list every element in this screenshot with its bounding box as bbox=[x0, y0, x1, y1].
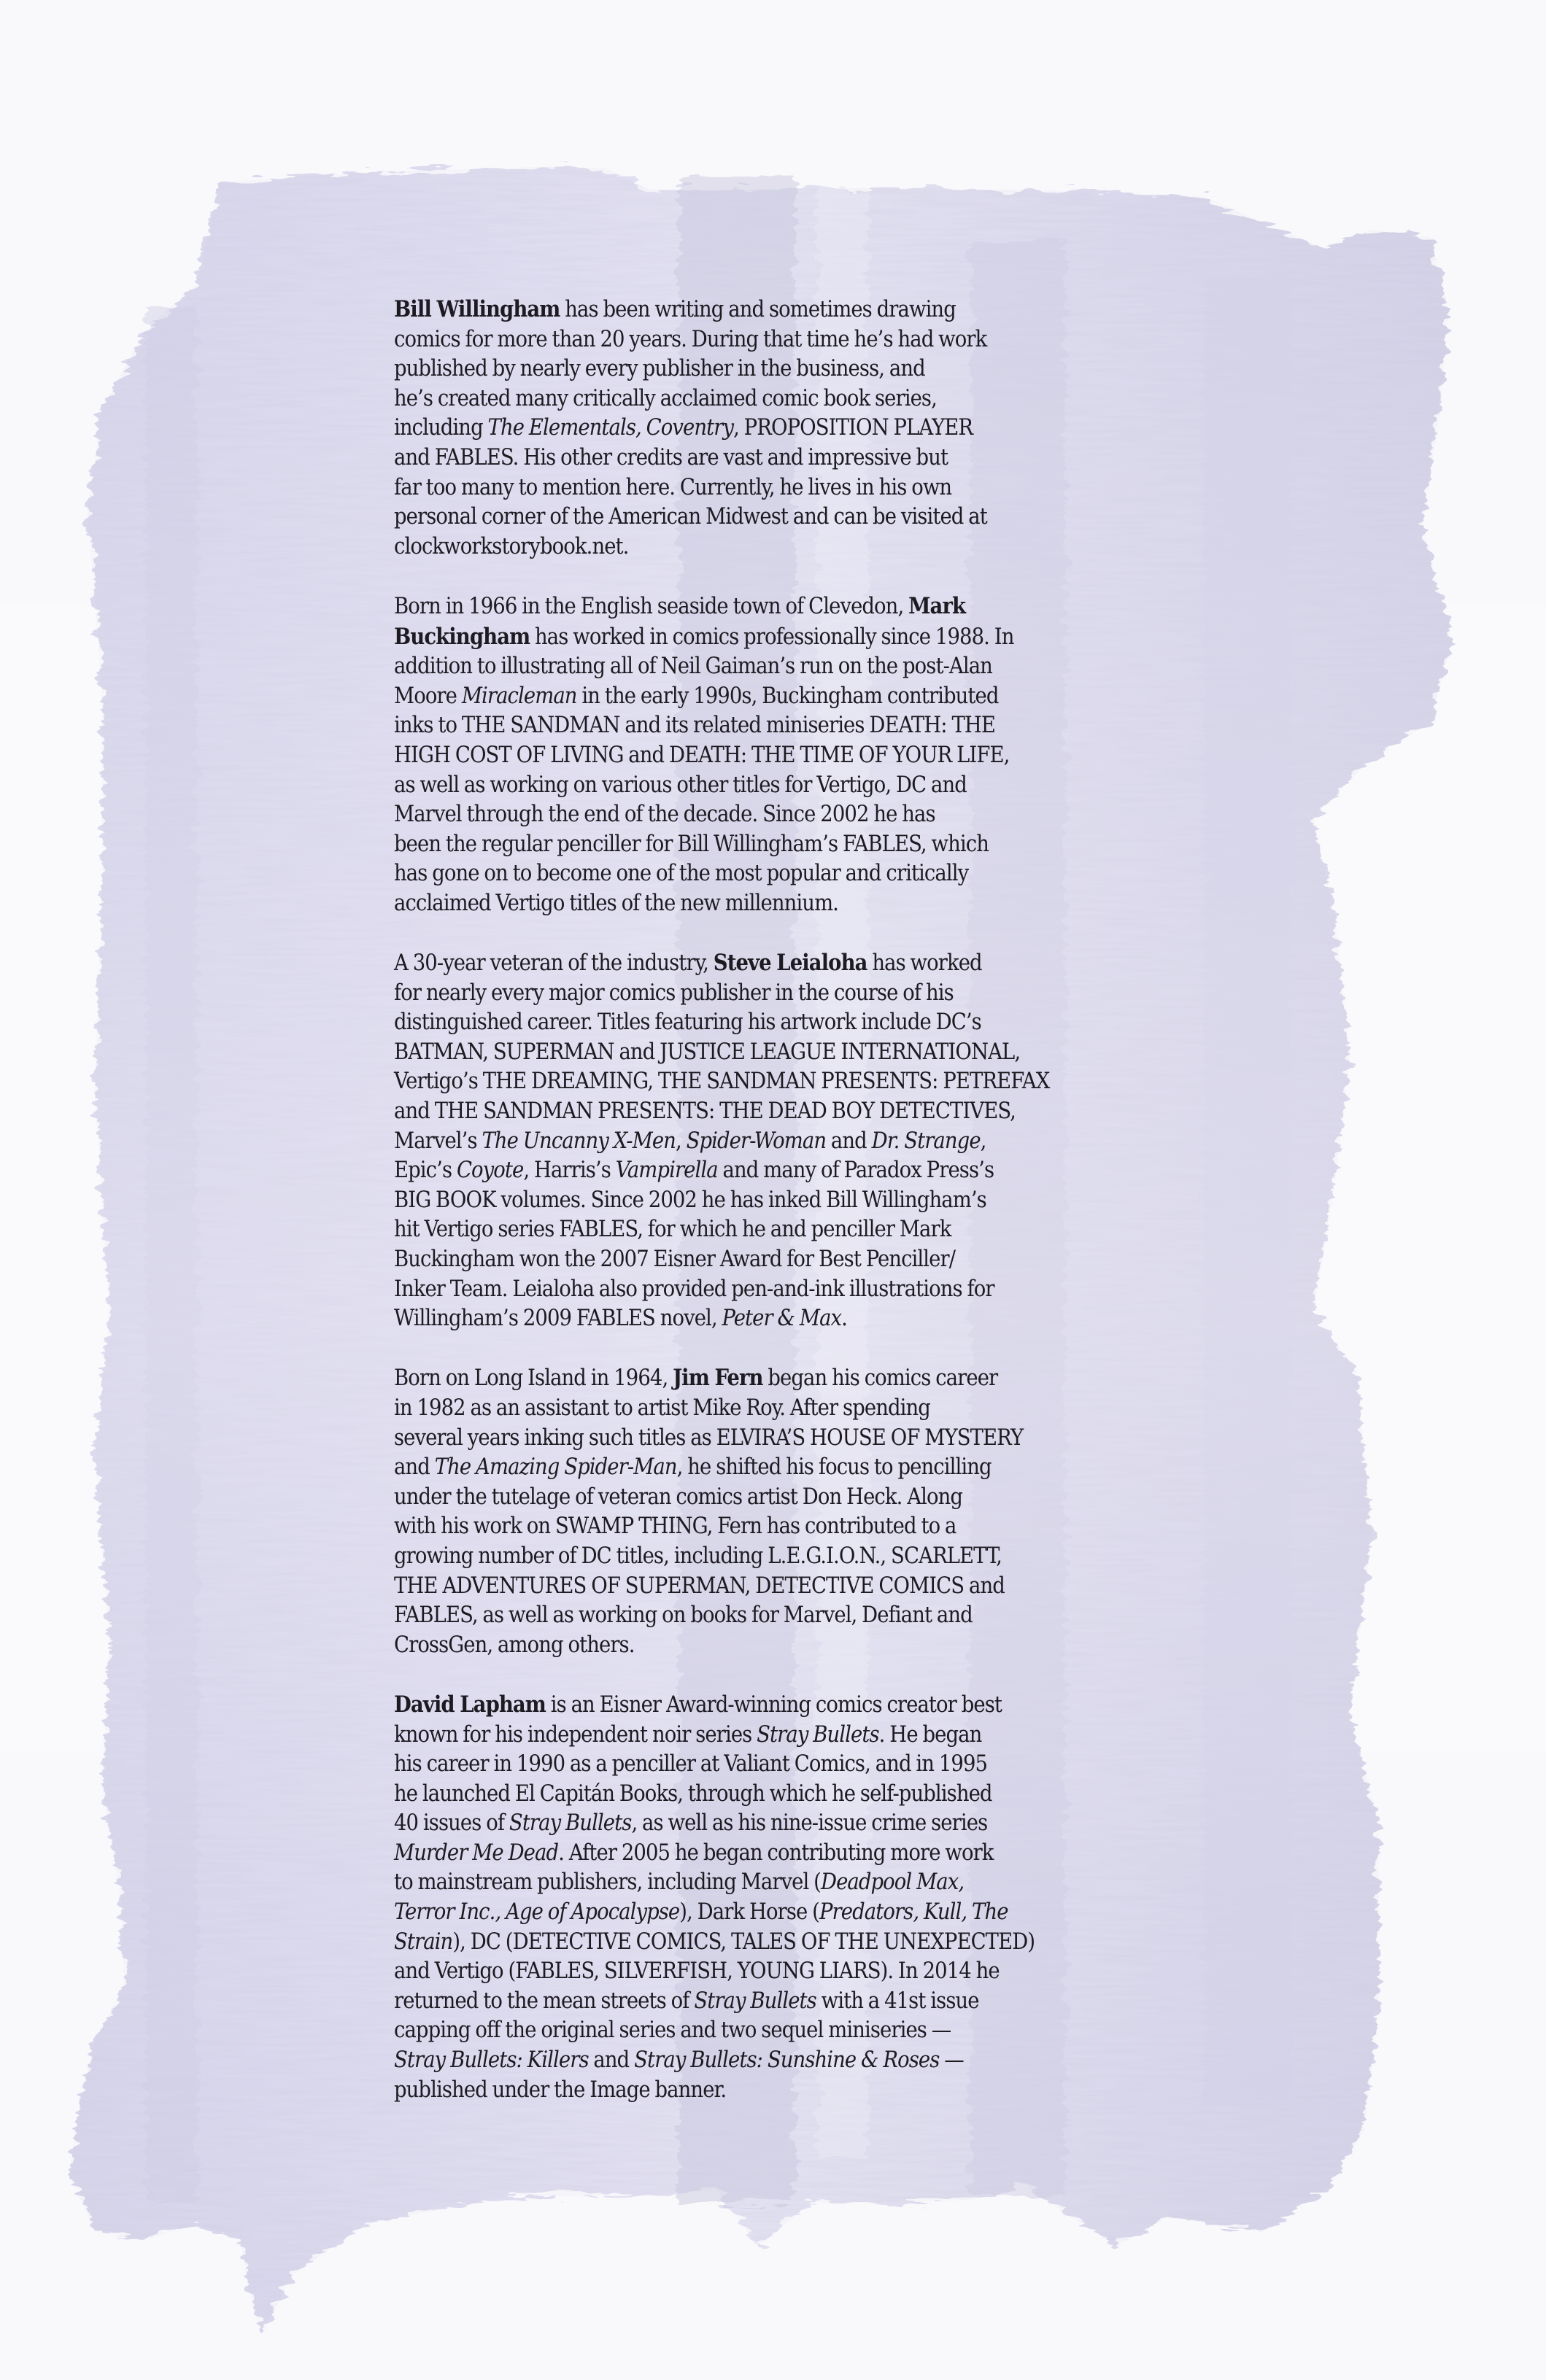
text-run: as well as working on various other titl… bbox=[394, 772, 967, 798]
bio-line: Moore Miracleman in the early 1990s, Buc… bbox=[394, 682, 1175, 712]
title-italic: Terror Inc., Age of Apocalypse bbox=[394, 1899, 679, 1925]
title-italic: The Amazing Spider-Man bbox=[435, 1454, 677, 1480]
bio-line: known for his independent noir series St… bbox=[394, 1721, 1175, 1751]
title-italic: Dr. Strange bbox=[872, 1128, 981, 1154]
text-run: THE ADVENTURES OF SUPERMAN, DETECTIVE CO… bbox=[394, 1573, 1005, 1599]
text-run: and Vertigo (FABLES, SILVERFISH, YOUNG L… bbox=[394, 1958, 1000, 1984]
text-run: distinguished career. Titles featuring h… bbox=[394, 1009, 981, 1035]
text-run: . After 2005 he began contributing more … bbox=[558, 1840, 993, 1866]
text-run: and bbox=[826, 1128, 872, 1154]
bio-line: Buckingham has worked in comics professi… bbox=[394, 622, 1175, 653]
text-run: , Harris’s bbox=[523, 1158, 615, 1183]
text-run: Epic’s bbox=[394, 1158, 457, 1183]
text-run: ), DC (DETECTIVE COMICS, TALES OF THE UN… bbox=[452, 1929, 1035, 1955]
text-run: . He began bbox=[879, 1722, 982, 1748]
bio-line: and THE SANDMAN PRESENTS: THE DEAD BOY D… bbox=[394, 1097, 1175, 1127]
bio-line: to mainstream publishers, including Marv… bbox=[394, 1868, 1175, 1898]
bio-line: HIGH COST OF LIVING and DEATH: THE TIME … bbox=[394, 741, 1175, 771]
bio-line: returned to the mean streets of Stray Bu… bbox=[394, 1987, 1175, 2017]
text-run: has gone on to become one of the most po… bbox=[394, 861, 968, 886]
text-run: and bbox=[589, 2047, 635, 2073]
bio-line: Strain), DC (DETECTIVE COMICS, TALES OF … bbox=[394, 1928, 1175, 1958]
text-run: Willingham’s 2009 FABLES novel, bbox=[394, 1306, 722, 1331]
bio-line: Stray Bullets: Killers and Stray Bullets… bbox=[394, 2046, 1175, 2076]
text-run: Born on Long Island in 1964, bbox=[394, 1365, 673, 1391]
text-run: Moore bbox=[394, 683, 462, 709]
bio-line: Marvel through the end of the decade. Si… bbox=[394, 800, 1175, 830]
bio-mark-buckingham: Born in 1966 in the English seaside town… bbox=[394, 592, 1175, 919]
bio-line: Born in 1966 in the English seaside town… bbox=[394, 592, 1175, 622]
text-run: his career in 1990 as a penciller at Val… bbox=[394, 1751, 987, 1777]
text-run: to mainstream publishers, including Marv… bbox=[394, 1869, 821, 1895]
text-run: — bbox=[939, 2047, 963, 2073]
creator-name: Jim Fern bbox=[673, 1365, 762, 1391]
title-italic: Deadpool Max, bbox=[821, 1869, 964, 1895]
bio-line: and The Amazing Spider-Man, he shifted h… bbox=[394, 1453, 1175, 1483]
bio-line: and Vertigo (FABLES, SILVERFISH, YOUNG L… bbox=[394, 1957, 1175, 1987]
text-run: far too many to mention here. Currently,… bbox=[394, 475, 951, 500]
bio-line: Willingham’s 2009 FABLES novel, Peter & … bbox=[394, 1304, 1175, 1334]
title-italic: Vampirella bbox=[616, 1158, 718, 1183]
text-run: BIG BOOK volumes. Since 2002 he has inke… bbox=[394, 1187, 986, 1213]
text-run: Marvel’s bbox=[394, 1128, 482, 1154]
creator-name: Buckingham bbox=[394, 624, 530, 650]
text-run: under the tutelage of veteran comics art… bbox=[394, 1484, 962, 1510]
bio-line: his career in 1990 as a penciller at Val… bbox=[394, 1750, 1175, 1780]
text-run: with a 41st issue bbox=[816, 1988, 979, 2014]
bio-line: in 1982 as an assistant to artist Mike R… bbox=[394, 1394, 1175, 1424]
title-italic: Spider-Woman bbox=[687, 1128, 827, 1154]
bio-line: he’s created many critically acclaimed c… bbox=[394, 384, 1175, 414]
text-run: has worked bbox=[867, 950, 982, 976]
bio-line: Terror Inc., Age of Apocalypse), Dark Ho… bbox=[394, 1898, 1175, 1928]
text-run: HIGH COST OF LIVING and DEATH: THE TIME … bbox=[394, 743, 1009, 768]
bio-line: comics for more than 20 years. During th… bbox=[394, 325, 1175, 355]
bio-line: has gone on to become one of the most po… bbox=[394, 859, 1175, 889]
bio-line: Buckingham won the 2007 Eisner Award for… bbox=[394, 1245, 1175, 1275]
title-italic: Peter & Max bbox=[722, 1306, 842, 1331]
bio-line: far too many to mention here. Currently,… bbox=[394, 473, 1175, 503]
bio-line: BIG BOOK volumes. Since 2002 he has inke… bbox=[394, 1186, 1175, 1216]
bio-line: for nearly every major comics publisher … bbox=[394, 979, 1175, 1009]
text-run: 40 issues of bbox=[394, 1810, 509, 1836]
text-run: has been writing and sometimes drawing bbox=[560, 297, 955, 322]
bio-line: several years inking such titles as ELVI… bbox=[394, 1424, 1175, 1454]
creator-name: Mark bbox=[908, 593, 965, 619]
bio-line: published under the Image banner. bbox=[394, 2076, 1175, 2106]
text-run: CrossGen, among others. bbox=[394, 1632, 635, 1658]
creator-name: Bill Willingham bbox=[394, 296, 560, 322]
text-run: Marvel through the end of the decade. Si… bbox=[394, 802, 935, 827]
title-italic: Stray Bullets: Killers bbox=[394, 2047, 589, 2073]
text-run: , bbox=[981, 1128, 986, 1154]
text-run: Buckingham won the 2007 Eisner Award for… bbox=[394, 1247, 955, 1272]
text-run: growing number of DC titles, including L… bbox=[394, 1543, 1002, 1569]
text-run: he launched El Capitán Books, through wh… bbox=[394, 1781, 992, 1807]
bio-line: Inker Team. Leialoha also provided pen-a… bbox=[394, 1275, 1175, 1305]
text-run: with his work on SWAMP THING, Fern has c… bbox=[394, 1513, 956, 1539]
text-run: is an Eisner Award-winning comics creato… bbox=[546, 1692, 1002, 1718]
text-run: and FABLES. His other credits are vast a… bbox=[394, 445, 948, 470]
text-run: hit Vertigo series FABLES, for which he … bbox=[394, 1217, 951, 1242]
text-run: returned to the mean streets of bbox=[394, 1988, 694, 2014]
text-run: addition to illustrating all of Neil Gai… bbox=[394, 654, 992, 679]
bio-david-lapham: David Lapham is an Eisner Award-winning … bbox=[394, 1690, 1175, 2105]
text-run: clockworkstorybook.net. bbox=[394, 534, 629, 559]
text-run: several years inking such titles as ELVI… bbox=[394, 1425, 1023, 1451]
text-run: BATMAN, SUPERMAN and JUSTICE LEAGUE INTE… bbox=[394, 1039, 1020, 1065]
text-run: Born in 1966 in the English seaside town… bbox=[394, 594, 908, 619]
bio-line: Murder Me Dead. After 2005 he began cont… bbox=[394, 1839, 1175, 1869]
text-run: , bbox=[676, 1128, 687, 1154]
bio-line: he launched El Capitán Books, through wh… bbox=[394, 1780, 1175, 1810]
bio-line: with his work on SWAMP THING, Fern has c… bbox=[394, 1512, 1175, 1542]
text-run: has worked in comics professionally sinc… bbox=[530, 624, 1013, 650]
bio-line: published by nearly every publisher in t… bbox=[394, 354, 1175, 384]
text-run: Inker Team. Leialoha also provided pen-a… bbox=[394, 1276, 994, 1302]
bio-line: growing number of DC titles, including L… bbox=[394, 1542, 1175, 1572]
text-run: in the early 1990s, Buckingham contribut… bbox=[577, 683, 999, 709]
text-run: Vertigo’s THE DREAMING, THE SANDMAN PRES… bbox=[394, 1069, 1049, 1094]
bio-line: Vertigo’s THE DREAMING, THE SANDMAN PRES… bbox=[394, 1067, 1175, 1097]
title-italic: Strain bbox=[394, 1929, 452, 1955]
text-run: for nearly every major comics publisher … bbox=[394, 980, 954, 1006]
text-run: and many of Paradox Press’s bbox=[718, 1158, 994, 1183]
text-run: . bbox=[841, 1306, 847, 1331]
text-run: in 1982 as an assistant to artist Mike R… bbox=[394, 1395, 930, 1421]
title-italic: Murder Me Dead bbox=[394, 1840, 558, 1866]
bio-line: Epic’s Coyote, Harris’s Vampirella and m… bbox=[394, 1156, 1175, 1186]
text-run: , PROPOSITION PLAYER bbox=[733, 415, 973, 441]
bio-line: inks to THE SANDMAN and its related mini… bbox=[394, 711, 1175, 741]
bio-line: personal corner of the American Midwest … bbox=[394, 503, 1175, 532]
bio-bill-willingham: Bill Willingham has been writing and som… bbox=[394, 295, 1175, 562]
text-run: capping off the original series and two … bbox=[394, 2017, 951, 2043]
text-run: known for his independent noir series bbox=[394, 1722, 757, 1748]
bio-line: hit Vertigo series FABLES, for which he … bbox=[394, 1215, 1175, 1245]
bio-line: addition to illustrating all of Neil Gai… bbox=[394, 652, 1175, 682]
creator-name: Steve Leialoha bbox=[714, 950, 867, 976]
title-italic: The Uncanny X-Men bbox=[482, 1128, 675, 1154]
title-italic: Coyote bbox=[457, 1158, 523, 1183]
text-run: acclaimed Vertigo titles of the new mill… bbox=[394, 891, 838, 916]
bio-line: 40 issues of Stray Bullets, as well as h… bbox=[394, 1809, 1175, 1839]
bio-line: A 30-year veteran of the industry, Steve… bbox=[394, 948, 1175, 979]
bio-line: including The Elementals, Coventry, PROP… bbox=[394, 414, 1175, 443]
title-italic: Predators, Kull, The bbox=[819, 1899, 1008, 1925]
title-italic: The Elementals, Coventry bbox=[488, 415, 734, 441]
text-run: , he shifted his focus to pencilling bbox=[677, 1454, 992, 1480]
contributor-bios: Bill Willingham has been writing and som… bbox=[394, 295, 1175, 2135]
bio-line: FABLES, as well as working on books for … bbox=[394, 1601, 1175, 1631]
title-italic: Stray Bullets bbox=[694, 1988, 816, 2014]
bio-line: as well as working on various other titl… bbox=[394, 771, 1175, 801]
bio-line: David Lapham is an Eisner Award-winning … bbox=[394, 1690, 1175, 1721]
text-run: including bbox=[394, 415, 488, 441]
bio-line: under the tutelage of veteran comics art… bbox=[394, 1483, 1175, 1513]
text-run: began his comics career bbox=[763, 1365, 998, 1391]
text-run: A 30-year veteran of the industry, bbox=[394, 950, 714, 976]
text-run: been the regular penciller for Bill Will… bbox=[394, 832, 989, 857]
bio-line: BATMAN, SUPERMAN and JUSTICE LEAGUE INTE… bbox=[394, 1038, 1175, 1068]
bio-line: acclaimed Vertigo titles of the new mill… bbox=[394, 889, 1175, 919]
title-italic: Stray Bullets: Sunshine & Roses bbox=[634, 2047, 939, 2073]
text-run: published by nearly every publisher in t… bbox=[394, 356, 925, 381]
bio-line: Bill Willingham has been writing and som… bbox=[394, 295, 1175, 325]
bio-line: capping off the original series and two … bbox=[394, 2016, 1175, 2046]
bio-line: CrossGen, among others. bbox=[394, 1631, 1175, 1661]
text-run: inks to THE SANDMAN and its related mini… bbox=[394, 713, 995, 738]
title-italic: Stray Bullets bbox=[509, 1810, 632, 1836]
bio-line: distinguished career. Titles featuring h… bbox=[394, 1008, 1175, 1038]
text-run: personal corner of the American Midwest … bbox=[394, 504, 987, 530]
text-run: he’s created many critically acclaimed c… bbox=[394, 386, 937, 411]
bio-line: clockworkstorybook.net. bbox=[394, 532, 1175, 562]
bio-line: THE ADVENTURES OF SUPERMAN, DETECTIVE CO… bbox=[394, 1572, 1175, 1602]
text-run: published under the Image banner. bbox=[394, 2077, 726, 2103]
bio-line: and FABLES. His other credits are vast a… bbox=[394, 443, 1175, 473]
bio-line: Born on Long Island in 1964, Jim Fern be… bbox=[394, 1363, 1175, 1394]
bio-steve-leialoha: A 30-year veteran of the industry, Steve… bbox=[394, 948, 1175, 1334]
text-run: FABLES, as well as working on books for … bbox=[394, 1602, 973, 1628]
text-run: , as well as his nine-issue crime series bbox=[631, 1810, 987, 1836]
text-run: comics for more than 20 years. During th… bbox=[394, 327, 986, 352]
bio-line: been the regular penciller for Bill Will… bbox=[394, 830, 1175, 860]
title-italic: Miracleman bbox=[462, 683, 577, 709]
bio-jim-fern: Born on Long Island in 1964, Jim Fern be… bbox=[394, 1363, 1175, 1660]
creator-name: David Lapham bbox=[394, 1691, 546, 1718]
text-run: and bbox=[394, 1454, 435, 1480]
title-italic: Stray Bullets bbox=[757, 1722, 879, 1748]
bio-line: Marvel’s The Uncanny X-Men, Spider-Woman… bbox=[394, 1127, 1175, 1157]
text-run: ), Dark Horse ( bbox=[679, 1899, 819, 1925]
text-run: and THE SANDMAN PRESENTS: THE DEAD BOY D… bbox=[394, 1098, 1016, 1124]
